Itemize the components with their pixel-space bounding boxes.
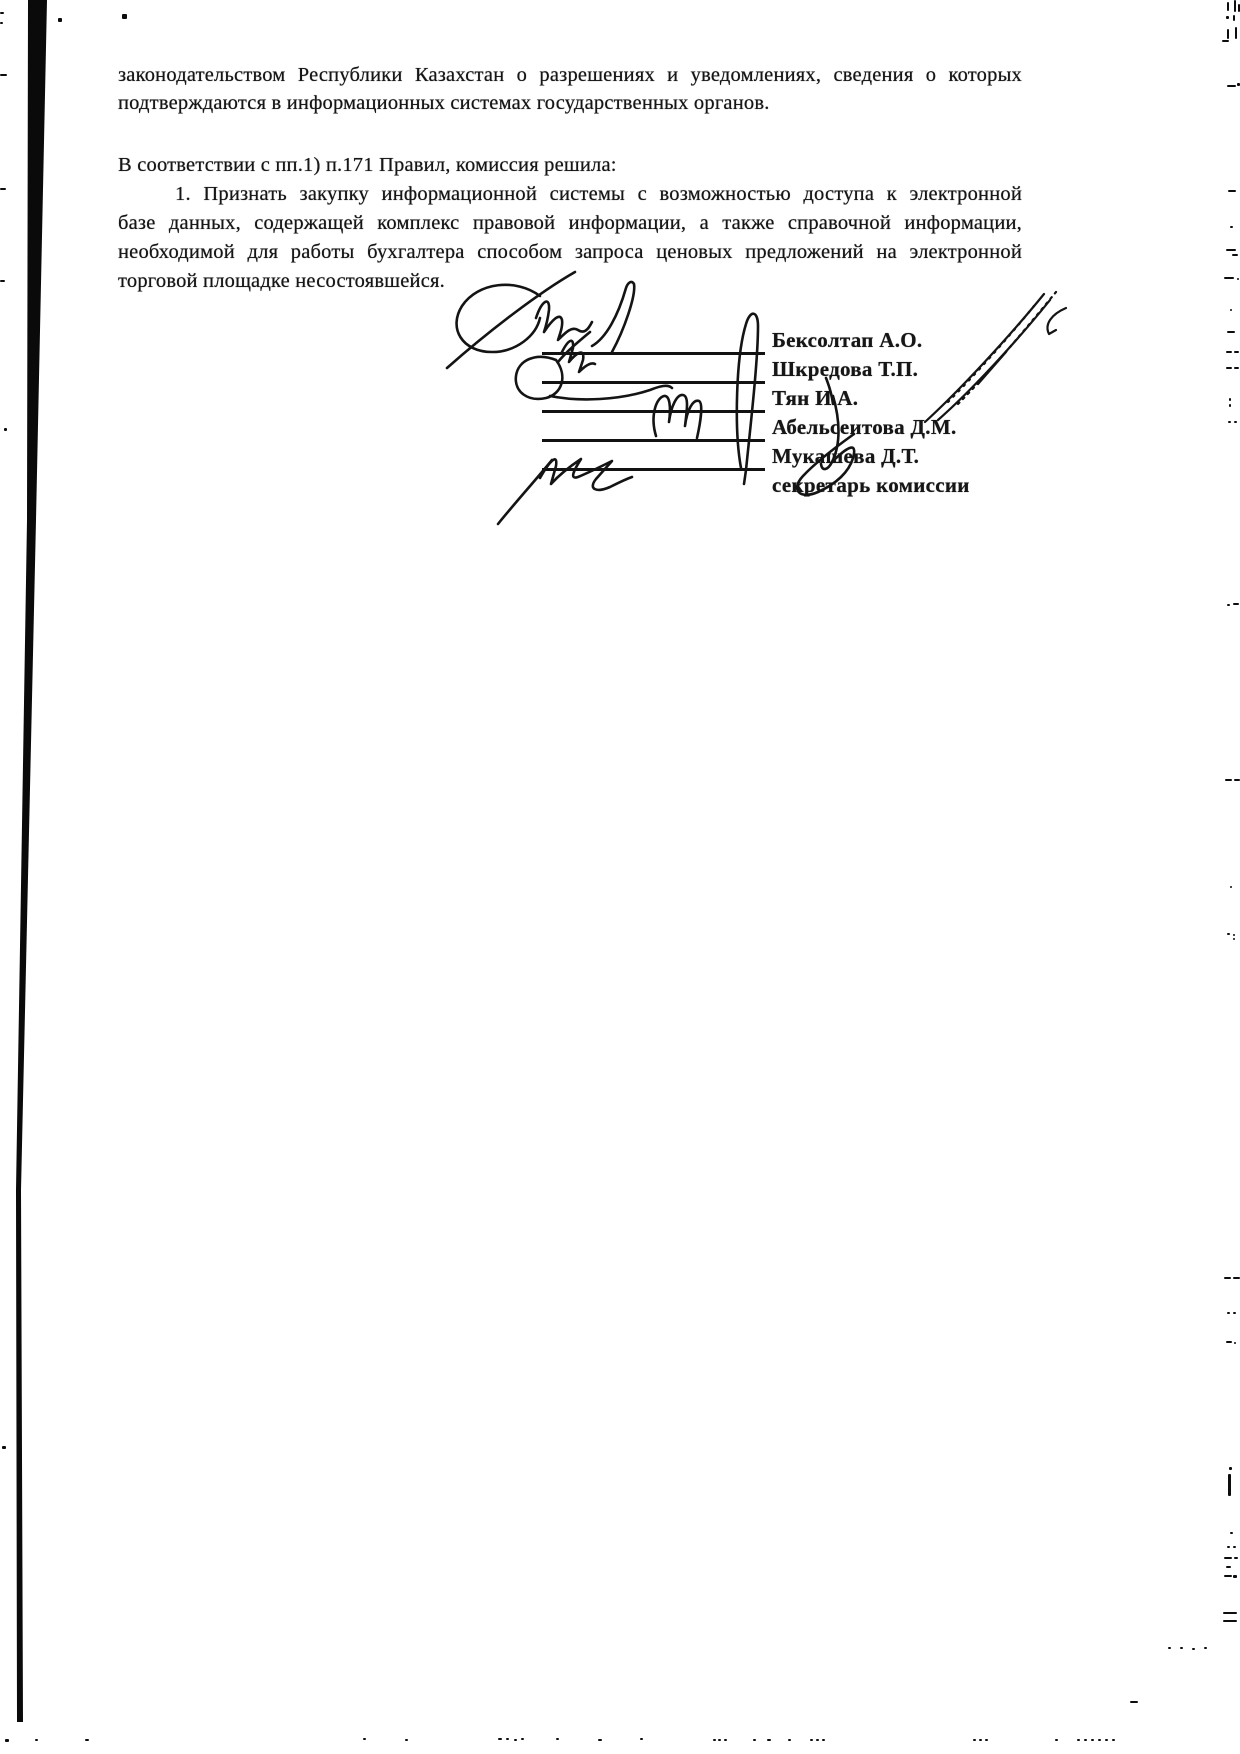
scan-speck xyxy=(405,1739,408,1741)
scan-speck xyxy=(1227,29,1229,39)
scan-speck xyxy=(521,1738,524,1740)
scan-speck xyxy=(1180,1647,1183,1649)
scan-speck xyxy=(1233,934,1235,936)
scan-speck xyxy=(1232,254,1238,256)
signature-3 xyxy=(654,314,758,484)
scan-speck xyxy=(1237,278,1239,280)
signature-2 xyxy=(516,332,672,399)
scan-speck xyxy=(1234,779,1240,781)
scan-speck xyxy=(1226,249,1236,251)
scan-overlay xyxy=(0,0,1240,1754)
scan-speck xyxy=(0,22,3,24)
scan-speck xyxy=(35,1739,38,1741)
scan-speck xyxy=(1098,1739,1101,1741)
scan-speck xyxy=(1233,603,1239,605)
scan-speck xyxy=(788,1739,791,1741)
scan-speck xyxy=(1230,1532,1233,1534)
scan-speck xyxy=(1227,1312,1230,1314)
scan-speck xyxy=(498,1738,502,1740)
scan-speck xyxy=(1224,1575,1232,1577)
scan-speck xyxy=(1226,351,1232,353)
scan-speck xyxy=(1192,1648,1195,1650)
scan-speck xyxy=(1226,1566,1231,1568)
scan-speck xyxy=(1228,1474,1231,1496)
scan-speck xyxy=(85,1739,89,1741)
scan-speck xyxy=(1168,1647,1171,1649)
scan-speck xyxy=(1204,1647,1207,1649)
scan-speck xyxy=(1084,1739,1087,1741)
scan-speck xyxy=(767,1739,771,1741)
scan-speck xyxy=(122,14,127,19)
scan-speck xyxy=(1226,367,1232,369)
scan-speck xyxy=(1230,226,1233,228)
scan-speck xyxy=(1222,40,1229,42)
scan-speck xyxy=(1234,1557,1238,1559)
scan-speck xyxy=(1233,15,1235,21)
scan-speck xyxy=(1233,938,1235,940)
scan-speck xyxy=(973,1739,976,1741)
scan-speck xyxy=(1227,604,1230,606)
scan-speck xyxy=(0,280,5,282)
scan-speck xyxy=(1130,1701,1138,1703)
scan-speck xyxy=(1227,2,1229,11)
scan-speck xyxy=(1230,886,1232,888)
scan-speck xyxy=(1227,1546,1230,1548)
scan-speck xyxy=(1234,367,1239,369)
scan-speck xyxy=(1091,1739,1094,1741)
scan-speck xyxy=(58,18,62,22)
scan-speck xyxy=(1234,1342,1236,1344)
scan-speck xyxy=(2,1446,6,1449)
scan-speck xyxy=(1233,1575,1237,1578)
scan-speck xyxy=(1233,1546,1236,1548)
scan-speck xyxy=(753,1739,756,1741)
scanned-document-page: законодательством Республики Казахстан о… xyxy=(0,0,1240,1754)
scan-speck xyxy=(1233,1277,1240,1279)
scan-speck xyxy=(1055,1739,1058,1741)
scan-speck xyxy=(724,1739,727,1741)
scan-speck xyxy=(1112,1739,1115,1741)
scan-speck xyxy=(718,1739,721,1741)
scan-speck xyxy=(1224,1557,1232,1559)
scan-speck xyxy=(1234,0,1236,12)
scan-speck xyxy=(1234,351,1239,353)
scan-edge-bar xyxy=(16,0,47,1722)
scan-speck xyxy=(1223,1612,1237,1614)
scan-speck xyxy=(514,1739,517,1741)
signature-1 xyxy=(447,272,634,368)
scan-speck xyxy=(1226,16,1229,19)
scan-speck xyxy=(1228,421,1231,423)
signature-4 xyxy=(797,378,854,495)
scan-speck xyxy=(979,1739,982,1741)
scan-speck xyxy=(1105,1739,1108,1741)
scan-speck xyxy=(4,428,7,431)
scan-speck xyxy=(713,1739,716,1741)
scan-speck xyxy=(1224,277,1234,279)
scan-speck xyxy=(1233,1312,1236,1314)
scan-speck xyxy=(1077,1739,1080,1741)
scan-speck xyxy=(5,1739,9,1742)
scan-speck xyxy=(985,1739,988,1741)
scan-speck xyxy=(1227,85,1236,87)
scan-speck xyxy=(598,1739,602,1741)
scan-speck xyxy=(1229,398,1231,401)
scan-speck xyxy=(1226,1341,1232,1343)
scan-speck xyxy=(1229,1467,1232,1470)
scan-speck xyxy=(822,1739,825,1741)
scan-speck xyxy=(1225,779,1232,781)
scan-speck xyxy=(1227,933,1230,935)
scan-speck xyxy=(1223,1620,1237,1622)
scan-speck xyxy=(506,1738,509,1740)
scan-speck xyxy=(1230,309,1232,311)
scan-speck xyxy=(1234,421,1237,423)
signature-scribble-right xyxy=(925,292,1066,422)
scan-speck xyxy=(0,12,4,14)
scan-speck xyxy=(0,188,6,190)
signature-5 xyxy=(498,459,632,524)
scan-speck xyxy=(1235,27,1237,39)
scan-speck xyxy=(363,1738,366,1740)
scan-speck xyxy=(0,74,7,76)
scan-speck xyxy=(1227,331,1235,333)
scan-speck xyxy=(556,1738,559,1740)
scan-speck xyxy=(1228,190,1236,192)
scan-speck xyxy=(810,1739,813,1741)
scan-speck xyxy=(816,1739,819,1741)
scan-speck xyxy=(640,1738,643,1740)
scan-speck xyxy=(1224,1277,1231,1279)
scan-speck xyxy=(1229,404,1231,407)
